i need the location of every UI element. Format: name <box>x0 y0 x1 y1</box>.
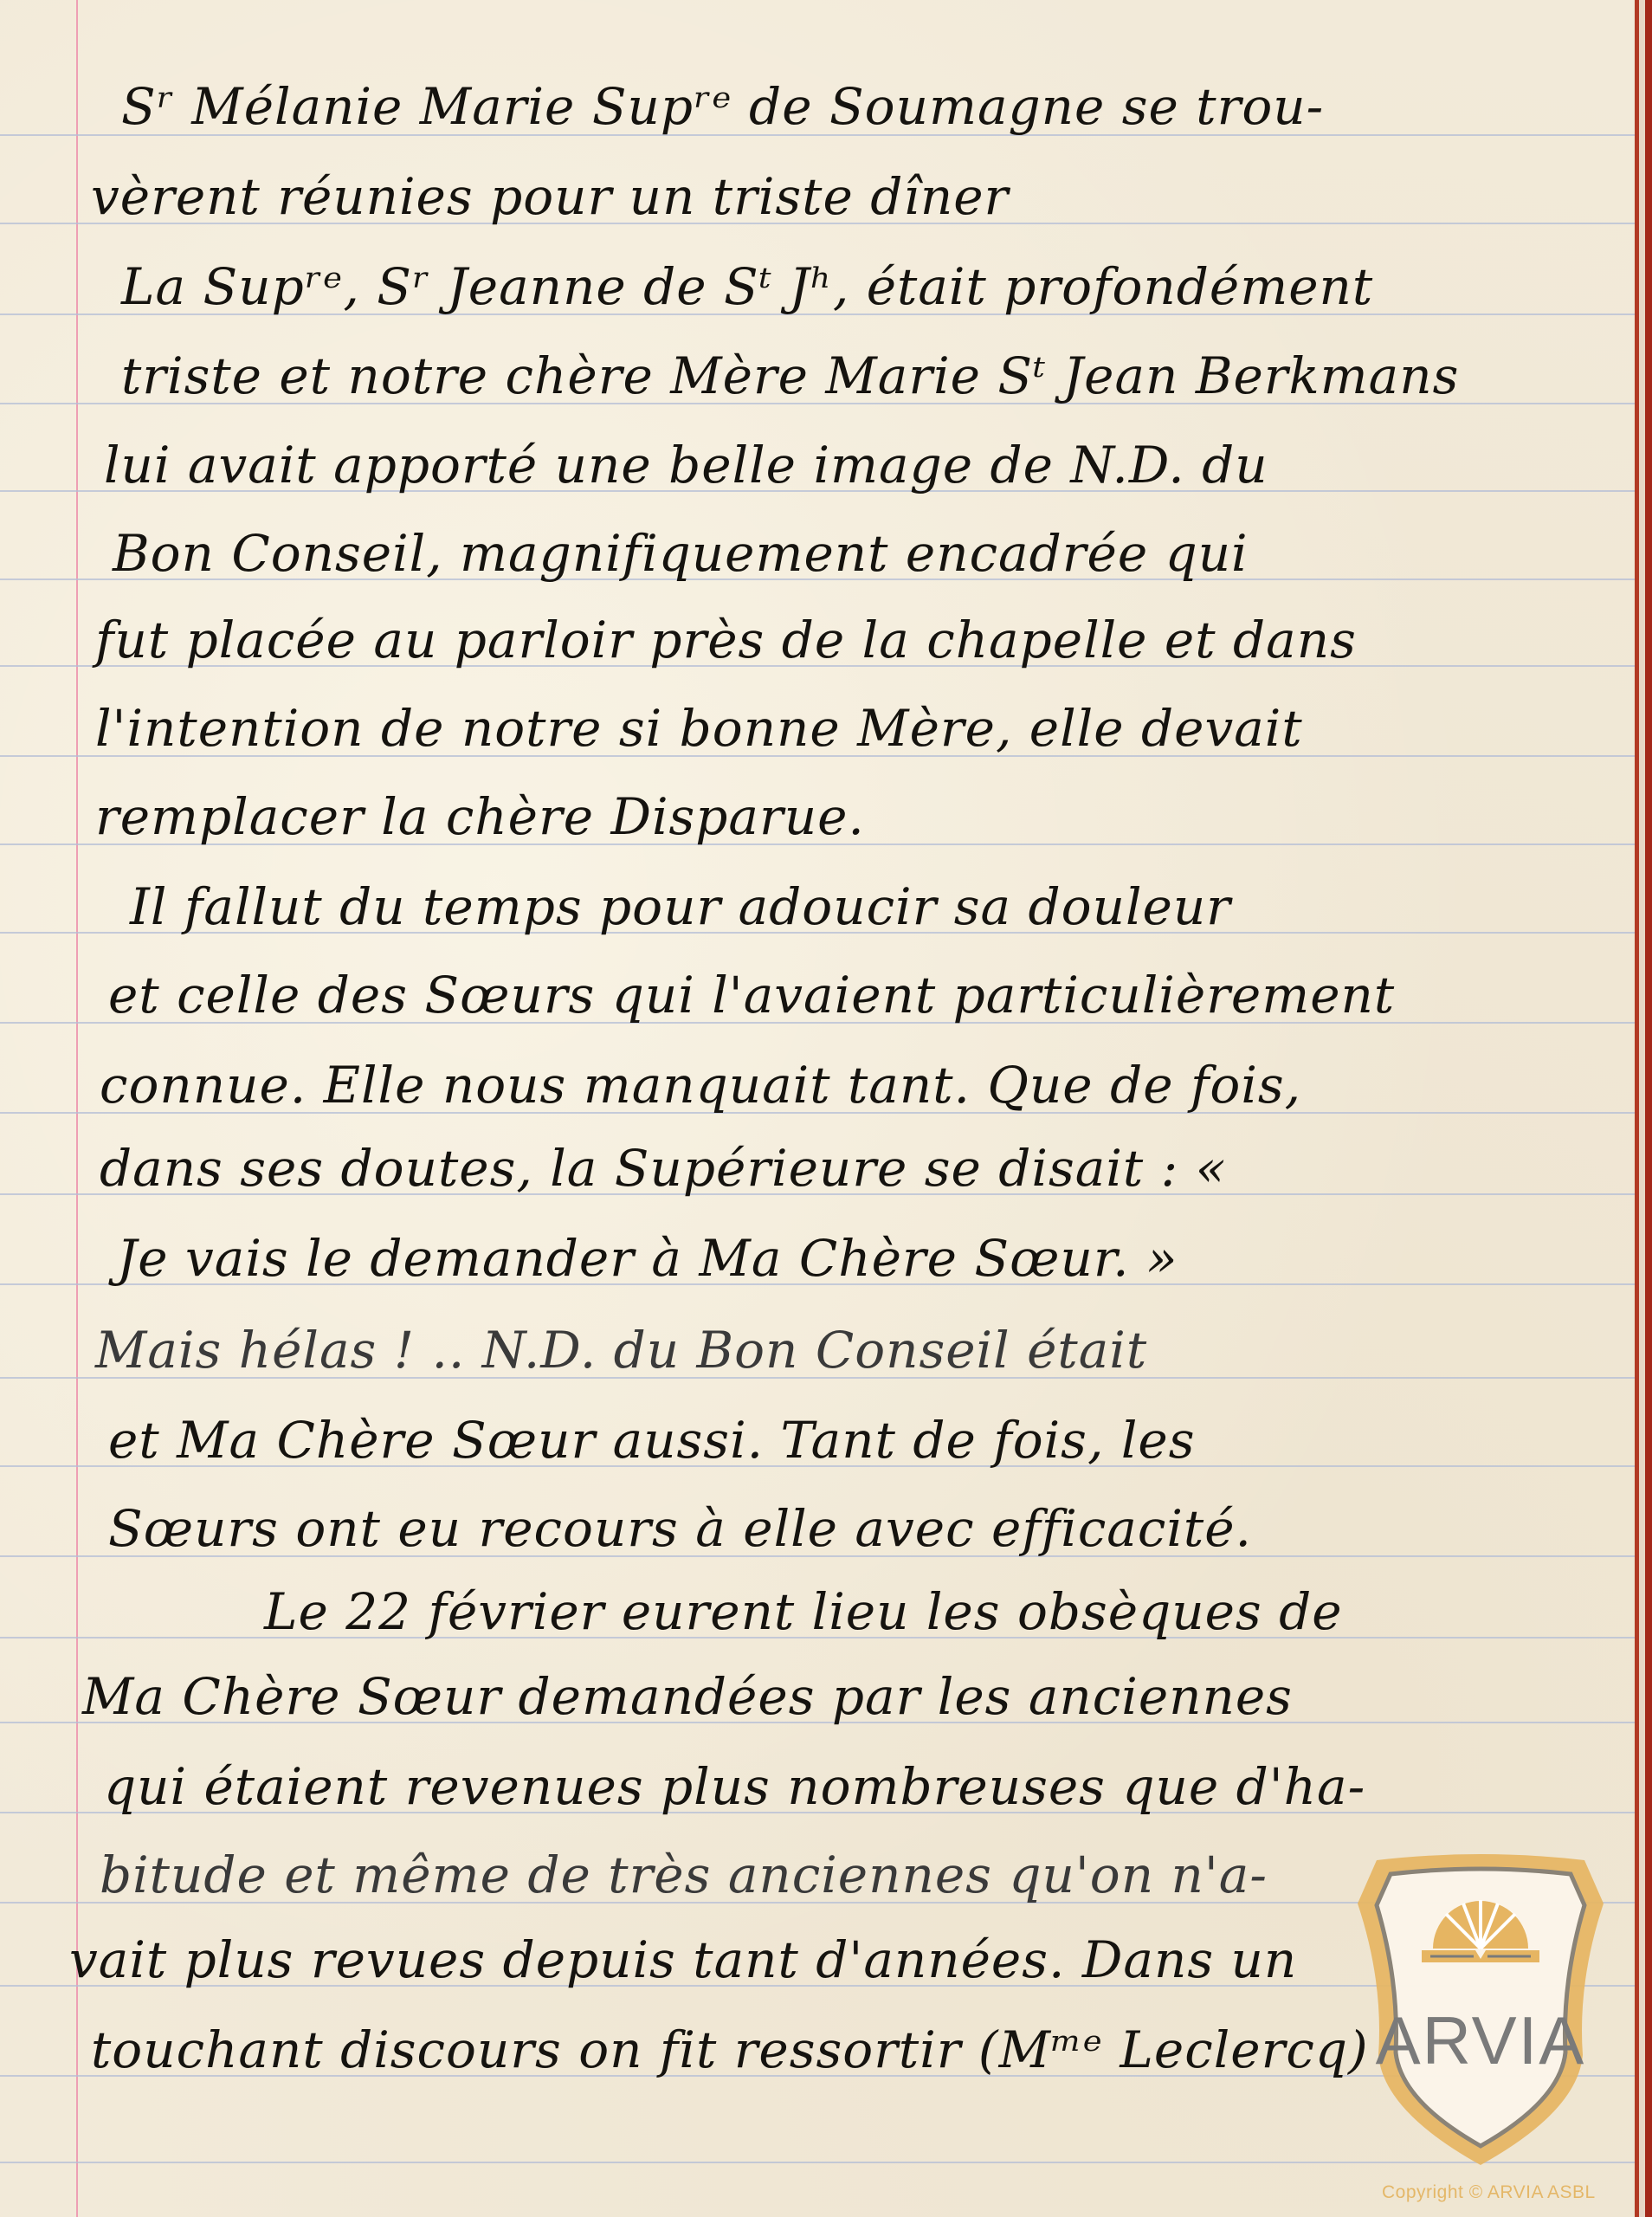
copyright-notice: Copyright © ARVIA ASBL <box>1382 2182 1596 2203</box>
manuscript-page: Sʳ Mélanie Marie Supʳᵉ de Soumagne se tr… <box>0 0 1652 2217</box>
text-line: lui avait apporté une belle image de N.D… <box>104 440 1268 490</box>
text-line: Le 22 février eurent lieu les obsèques d… <box>264 1587 1343 1637</box>
text-line: triste et notre chère Mère Marie Sᵗ Jean… <box>121 351 1459 401</box>
text-line: Sœurs ont eu recours à elle avec efficac… <box>108 1503 1252 1554</box>
text-line: remplacer la chère Disparue. <box>95 792 865 842</box>
arvia-wordmark: ARVIA <box>1376 2002 1586 2078</box>
text-line: fut placée au parloir près de la chapell… <box>95 615 1357 665</box>
text-line: qui étaient revenues plus nombreuses que… <box>104 1761 1365 1812</box>
text-line: Je vais le demander à Ma Chère Sœur. » <box>117 1233 1178 1283</box>
page-edge-border-outer <box>1645 0 1652 2217</box>
text-line: La Supʳᵉ, Sʳ Jeanne de Sᵗ Jʰ, était prof… <box>121 262 1373 312</box>
text-line: Il fallut du temps pour adoucir sa doule… <box>130 882 1231 932</box>
page-edge-gap <box>1639 0 1645 2217</box>
text-line: et celle des Sœurs qui l'avaient particu… <box>108 970 1395 1020</box>
text-line: dans ses doutes, la Supérieure se disait… <box>100 1143 1227 1193</box>
text-line: bitude et même de très anciennes qu'on n… <box>100 1850 1268 1900</box>
text-line: connue. Elle nous manquait tant. Que de … <box>100 1060 1301 1110</box>
text-line: Mais hélas ! .. N.D. du Bon Conseil étai… <box>95 1325 1147 1375</box>
text-line: vèrent réunies pour un triste dîner <box>91 171 1009 222</box>
text-line: touchant discours on fit ressortir (Mᵐᵉ … <box>91 2025 1369 2075</box>
text-line: et Ma Chère Sœur aussi. Tant de fois, le… <box>108 1415 1195 1465</box>
text-line: l'intention de notre si bonne Mère, elle… <box>95 703 1303 753</box>
arvia-watermark-logo: ARVIA <box>1351 1852 1610 2172</box>
text-line: Bon Conseil, magnifiquement encadrée qui <box>113 528 1249 578</box>
text-line: Ma Chère Sœur demandées par les ancienne… <box>82 1671 1293 1722</box>
text-line: Sʳ Mélanie Marie Supʳᵉ de Soumagne se tr… <box>121 81 1324 132</box>
text-line: vait plus revues depuis tant d'années. D… <box>69 1935 1297 1985</box>
